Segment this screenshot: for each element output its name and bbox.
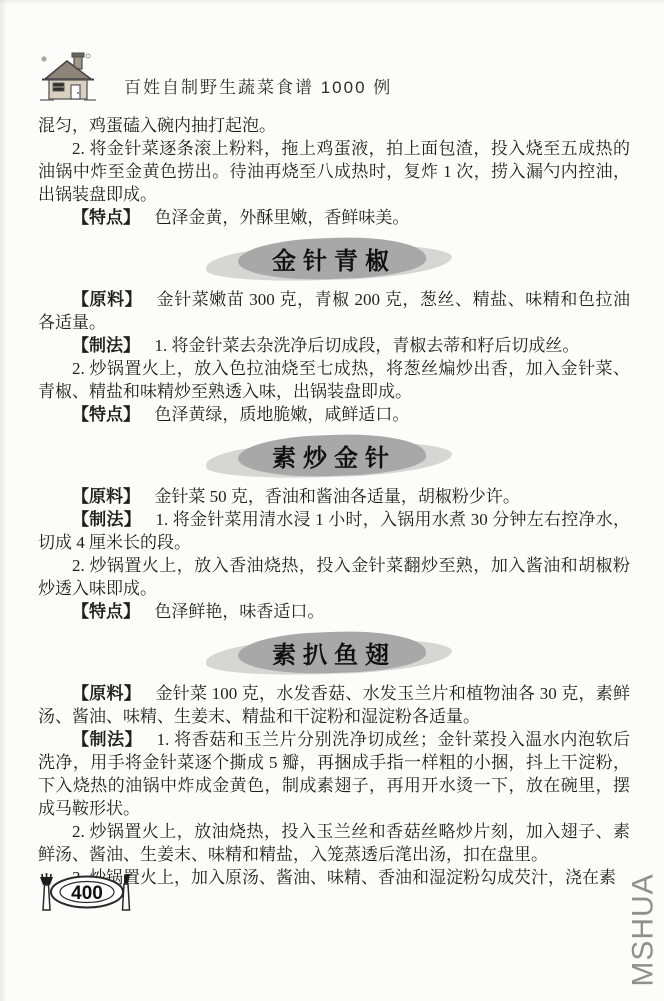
section-title: 素炒金针 [272, 446, 396, 472]
paragraph: 【特点】色泽金黄，外酥里嫩，香鲜味美。 [38, 206, 630, 229]
paragraph-label: 【特点】 [72, 602, 140, 621]
page-footer: 400 [32, 870, 140, 921]
paragraph: 2. 将金针菜逐条滚上粉料，拖上鸡蛋液，拍上面包渣，投入烧至五成热的油锅中炸至金… [38, 137, 630, 206]
paragraph: 2. 炒锅置火上，放油烧热，投入玉兰丝和香菇丝略炒片刻，加入翅子、素鲜汤、酱油、… [38, 820, 630, 866]
watermark-text: MSHUA [627, 873, 661, 986]
paragraph: 【制法】1. 将香菇和玉兰片分别洗净切成丝；金针菜投入温水内泡软后洗净，用手将金… [38, 728, 630, 820]
paragraph: 2. 炒锅置火上，放入香油烧热，投入金针菜翻炒至熟，加入酱油和胡椒粉炒透入味即成… [38, 554, 630, 600]
book-page: 百姓自制野生蔬菜食谱 1000 例 混匀，鸡蛋磕入碗内抽打起泡。 2. 将金针菜… [0, 0, 664, 1001]
brush-stroke-background: 金针青椒 [246, 238, 422, 281]
paragraph: 【制法】1. 将金针菜用清水浸 1 小时，入锅用水煮 30 分钟左右控净水，切成… [38, 508, 630, 554]
paragraph: 2. 炒锅置火上，放入色拉油烧至七成热，将葱丝煸炒出香，加入金针菜、青椒、精盐和… [38, 357, 630, 403]
page-number: 400 [71, 883, 103, 904]
paragraph-label: 【原料】 [72, 487, 140, 506]
paragraph: 【原料】金针菜 50 克，香油和酱油各适量，胡椒粉少许。 [38, 485, 630, 508]
paragraph-label: 【特点】 [72, 405, 140, 424]
paragraph: 【特点】色泽鲜艳，味香适口。 [38, 600, 630, 623]
page-header: 百姓自制野生蔬菜食谱 1000 例 [38, 52, 392, 104]
paragraph-text: 色泽鲜艳，味香适口。 [154, 602, 324, 621]
book-title: 百姓自制野生蔬菜食谱 1000 例 [124, 73, 392, 104]
paragraph-text: 1. 将金针菜去杂洗净后切成段，青椒去蒂和籽后切成丝。 [154, 336, 579, 355]
paragraph-text: 2. 将金针菜逐条滚上粉料，拖上鸡蛋液，拍上面包渣，投入烧至五成热的油锅中炸至金… [38, 139, 630, 204]
page-content: 混匀，鸡蛋磕入碗内抽打起泡。 2. 将金针菜逐条滚上粉料，拖上鸡蛋液，拍上面包渣… [38, 114, 630, 889]
paragraph-label: 【制法】 [72, 510, 141, 529]
paragraph-text: 色泽金黄，外酥里嫩，香鲜味美。 [154, 208, 409, 227]
section-heading: 素炒金针 [38, 435, 630, 478]
paragraph-text: 金针菜 50 克，香油和酱油各适量，胡椒粉少许。 [154, 487, 520, 506]
paragraph-text: 2. 炒锅置火上，放油烧热，投入玉兰丝和香菇丝略炒片刻，加入翅子、素鲜汤、酱油、… [38, 822, 630, 864]
brush-stroke-background: 素扒鱼翅 [246, 632, 422, 675]
paragraph-label: 【原料】 [72, 290, 142, 309]
paragraph: 混匀，鸡蛋磕入碗内抽打起泡。 [38, 114, 630, 137]
plate-page-number: 400 [32, 870, 140, 916]
paragraph-text: 混匀，鸡蛋磕入碗内抽打起泡。 [38, 116, 276, 135]
section-title: 素扒鱼翅 [272, 643, 396, 669]
section-heading: 金针青椒 [38, 238, 630, 281]
knife-icon [123, 874, 131, 910]
paragraph: 【制法】1. 将金针菜去杂洗净后切成段，青椒去蒂和籽后切成丝。 [38, 334, 630, 357]
brush-stroke-background: 素炒金针 [246, 435, 422, 478]
paragraph: 【特点】色泽黄绿，质地脆嫩，咸鲜适口。 [38, 403, 630, 426]
paragraph: 【原料】金针菜嫩苗 300 克，青椒 200 克，葱丝、精盐、味精和色拉油各适量… [38, 288, 630, 334]
paragraph-text: 2. 炒锅置火上，放入香油烧热，投入金针菜翻炒至熟，加入酱油和胡椒粉炒透入味即成… [38, 556, 630, 598]
paragraph: 【原料】金针菜 100 克，水发香菇、水发玉兰片和植物油各 30 克，素鲜汤、酱… [38, 682, 630, 728]
watermark: MSHUA [624, 862, 664, 998]
paragraph-text: 3. 炒锅置火上，加入原汤、酱油、味精、香油和湿淀粉勾成芡汁，浇在素 [72, 868, 616, 887]
paragraph-text: 2. 炒锅置火上，放入色拉油烧至七成热，将葱丝煸炒出香，加入金针菜、青椒、精盐和… [38, 359, 630, 401]
paragraph-label: 【制法】 [72, 730, 142, 749]
paragraph-text: 色泽黄绿，质地脆嫩，咸鲜适口。 [154, 405, 409, 424]
paragraph-label: 【原料】 [72, 684, 141, 703]
house-icon [38, 52, 98, 104]
section-title: 金针青椒 [272, 249, 396, 275]
paragraph-label: 【特点】 [72, 208, 140, 227]
section-heading: 素扒鱼翅 [38, 632, 630, 675]
paragraph-label: 【制法】 [72, 336, 140, 355]
